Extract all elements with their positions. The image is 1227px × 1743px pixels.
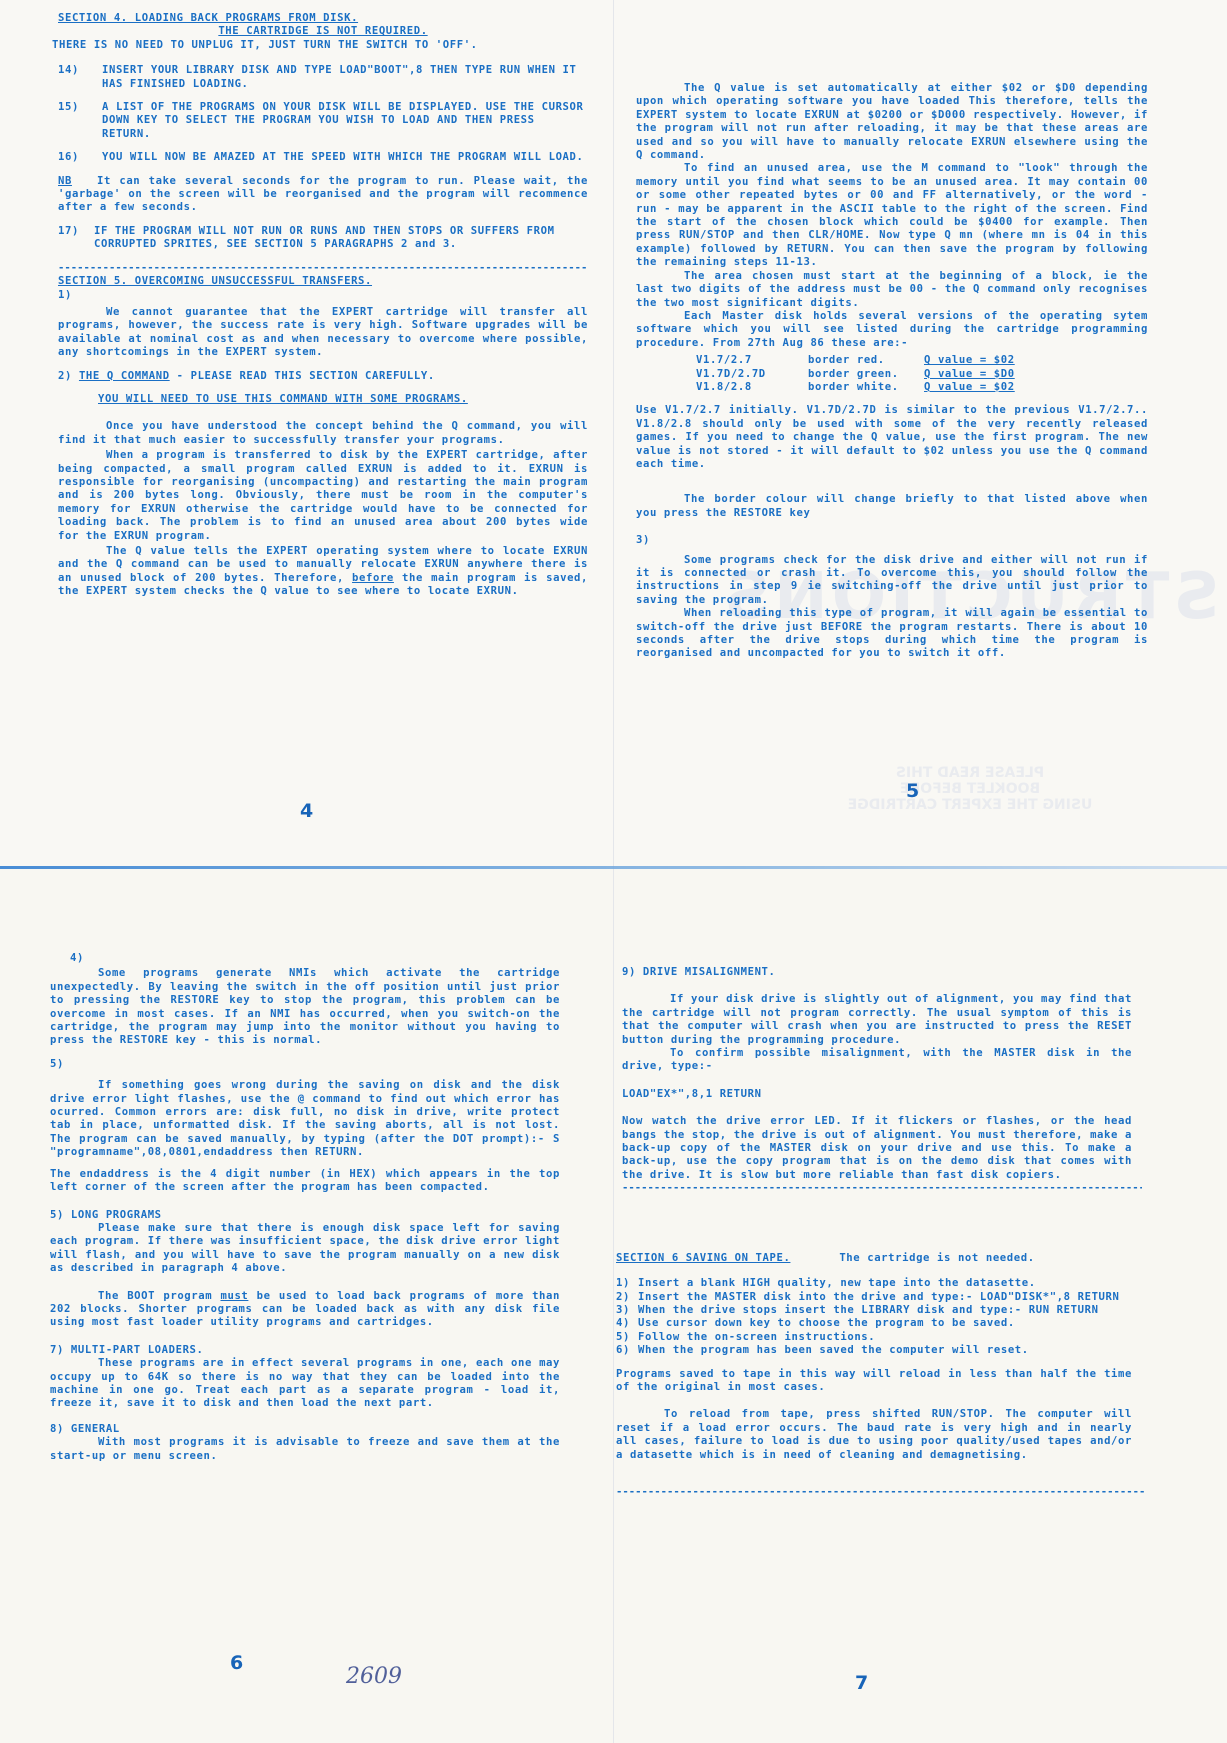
para-5-text: If something goes wrong during the savin… [50,1079,560,1159]
step-16: 16)YOU WILL NOW BE AMAZED AT THE SPEED W… [58,151,588,164]
nb-label: NB [58,175,72,187]
tape-steps: 1)Insert a blank HIGH quality, new tape … [616,1277,1132,1357]
step-text: When the drive stops insert the LIBRARY … [638,1304,1099,1317]
center-crease-bottom [613,868,614,1743]
reloading-text: When reloading this type of program, it … [636,607,1148,661]
nb-note: NB It can take several seconds for the p… [58,175,588,215]
step-15: 15)A LIST OF THE PROGRAMS ON YOUR DISK W… [58,101,588,141]
step-17: 17)IF THE PROGRAM WILL NOT RUN OR RUNS A… [58,225,588,252]
tape-reload-text: To reload from tape, press shifted RUN/S… [616,1408,1132,1462]
boot-program-text: The BOOT program must be used to load ba… [50,1290,560,1330]
q-value: Q value = $D0 [924,368,1015,381]
step-number: 5) [616,1331,638,1344]
emphasis-must: must [220,1290,248,1302]
drive-misalignment-heading: 9) DRIVE MISALIGNMENT. [622,966,1132,979]
dashed-separator: ----------------------------------------… [58,262,588,275]
step-number: 17) [58,225,94,252]
section-4-heading: SECTION 4. LOADING BACK PROGRAMS FROM DI… [58,12,588,25]
step-text: Use cursor down key to choose the progra… [638,1317,1015,1330]
version-table: V1.7/2.7border red.Q value = $02 V1.7D/2… [696,354,1148,394]
center-crease-top [613,0,614,868]
step-number: 14) [58,64,102,91]
step-number: 16) [58,151,102,164]
sheet-fold-line [0,866,1227,869]
section-6-heading: SECTION 6 SAVING ON TAPE. [616,1252,790,1264]
para-5-label: 5) [50,1058,560,1071]
block-start-text: The area chosen must start at the beginn… [636,270,1148,310]
border-colour: border white. [808,381,924,394]
q-value: Q value = $02 [924,381,1015,394]
general-text: With most programs it is advisable to fr… [50,1436,560,1463]
text: The BOOT program [98,1290,220,1302]
section-5-heading: SECTION 5. OVERCOMING UNSUCCESSFUL TRANS… [58,275,588,288]
para-2-subheading: YOU WILL NEED TO USE THIS COMMAND WITH S… [98,393,588,406]
endaddress-text: The endaddress is the 4 digit number (in… [50,1168,560,1195]
step-number: 3) [616,1304,638,1317]
version-row: V1.7/2.7border red.Q value = $02 [696,354,1148,367]
step-number: 6) [616,1344,638,1357]
step-text: Follow the on-screen instructions. [638,1331,875,1344]
tape-step: 6)When the program has been saved the co… [616,1344,1132,1357]
step-14: 14)INSERT YOUR LIBRARY DISK AND TYPE LOA… [58,64,588,91]
page-4: SECTION 4. LOADING BACK PROGRAMS FROM DI… [58,12,588,599]
q-value: Q value = $02 [924,354,1015,367]
cartridge-not-required: THE CARTRIDGE IS NOT REQUIRED. [58,25,588,38]
step-number: 2) [616,1291,638,1304]
page-number-7: 7 [855,1672,868,1694]
section-6-heading-row: SECTION 6 SAVING ON TAPE. The cartridge … [616,1252,1132,1265]
version-usage-text: Use V1.7/2.7 initially. V1.7D/2.7D is si… [636,404,1148,471]
long-programs-text: Please make sure that there is enough di… [50,1222,560,1276]
disk-check-text: Some programs check for the disk drive a… [636,554,1148,608]
long-programs-heading: 5) LONG PROGRAMS [50,1209,560,1222]
para-1-text: We cannot guarantee that the EXPERT cart… [58,306,588,360]
para-2-text-2: When a program is transferred to disk by… [58,449,588,543]
dashed-separator: ----------------------------------------… [622,1182,1142,1195]
step-text: INSERT YOUR LIBRARY DISK AND TYPE LOAD"B… [102,64,588,91]
section-6-note: The cartridge is not needed. [839,1252,1034,1264]
step-text: A LIST OF THE PROGRAMS ON YOUR DISK WILL… [102,101,588,141]
step-text: Insert a blank HIGH quality, new tape in… [638,1277,1036,1290]
nb-text: It can take several seconds for the prog… [58,175,588,214]
para-1-label: 1) [58,289,588,302]
dashed-separator-bottom: ----------------------------------------… [616,1486,1146,1499]
page-7: 9) DRIVE MISALIGNMENT. If your disk driv… [622,966,1132,1499]
para-4-text: Some programs generate NMIs which activa… [50,967,560,1047]
load-command: LOAD"EX*",8,1 RETURN [622,1088,1132,1101]
master-disk-text: Each Master disk holds several versions … [636,310,1148,350]
version-row: V1.8/2.8border white.Q value = $02 [696,381,1148,394]
general-heading: 8) GENERAL [50,1423,560,1436]
multi-part-text: These programs are in effect several pro… [50,1357,560,1411]
para-4-label: 4) [70,952,560,965]
page-number-6: 6 [230,1652,243,1674]
page-number-4: 4 [300,800,313,822]
tape-step: 3)When the drive stops insert the LIBRAR… [616,1304,1132,1317]
drive-text-1: If your disk drive is slightly out of al… [622,993,1132,1047]
version: V1.8/2.8 [696,381,808,394]
handwritten-note: 2609 [346,1664,402,1689]
para-2-text-1: Once you have understood the concept beh… [58,420,588,447]
q-value-text: The Q value is set automatically at eith… [636,82,1148,162]
emphasis-before: before [352,572,394,584]
para-2-rest: - PLEASE READ THIS SECTION CAREFULLY. [170,370,435,382]
step-text: Insert the MASTER disk into the drive an… [638,1291,1119,1304]
tape-step: 4)Use cursor down key to choose the prog… [616,1317,1132,1330]
version: V1.7/2.7 [696,354,808,367]
page-6: 4) Some programs generate NMIs which act… [50,952,560,1463]
tape-reload-speed-text: Programs saved to tape in this way will … [616,1368,1132,1395]
step-text: When the program has been saved the comp… [638,1344,1029,1357]
border-colour-note: The border colour will change briefly to… [636,493,1148,520]
step-text: IF THE PROGRAM WILL NOT RUN OR RUNS AND … [94,225,588,252]
version-row: V1.7D/2.7Dborder green.Q value = $D0 [696,368,1148,381]
border-colour: border red. [808,354,924,367]
para-3-label: 3) [636,534,1148,547]
multi-part-heading: 7) MULTI-PART LOADERS. [50,1344,560,1357]
page-5: The Q value is set automatically at eith… [636,82,1148,661]
para-2-label: 2) [58,370,72,382]
para-2-text-3: The Q value tells the EXPERT operating s… [58,545,588,599]
tape-step: 2)Insert the MASTER disk into the drive … [616,1291,1132,1304]
step-number: 15) [58,101,102,141]
page-number-5: 5 [906,780,919,802]
tape-step: 1)Insert a blank HIGH quality, new tape … [616,1277,1132,1290]
step-number: 4) [616,1317,638,1330]
para-2-heading: 2) THE Q COMMAND - PLEASE READ THIS SECT… [58,370,588,383]
step-number: 1) [616,1277,638,1290]
q-command-title: THE Q COMMAND [79,370,170,382]
unplug-note: THERE IS NO NEED TO UNPLUG IT, JUST TURN… [52,39,588,52]
unused-area-text: To find an unused area, use the M comman… [636,162,1148,269]
border-colour: border green. [808,368,924,381]
step-text: YOU WILL NOW BE AMAZED AT THE SPEED WITH… [102,151,583,164]
drive-text-2: To confirm possible misalignment, with t… [622,1047,1132,1074]
version: V1.7D/2.7D [696,368,808,381]
tape-step: 5)Follow the on-screen instructions. [616,1331,1132,1344]
drive-text-3: Now watch the drive error LED. If it fli… [622,1115,1132,1182]
